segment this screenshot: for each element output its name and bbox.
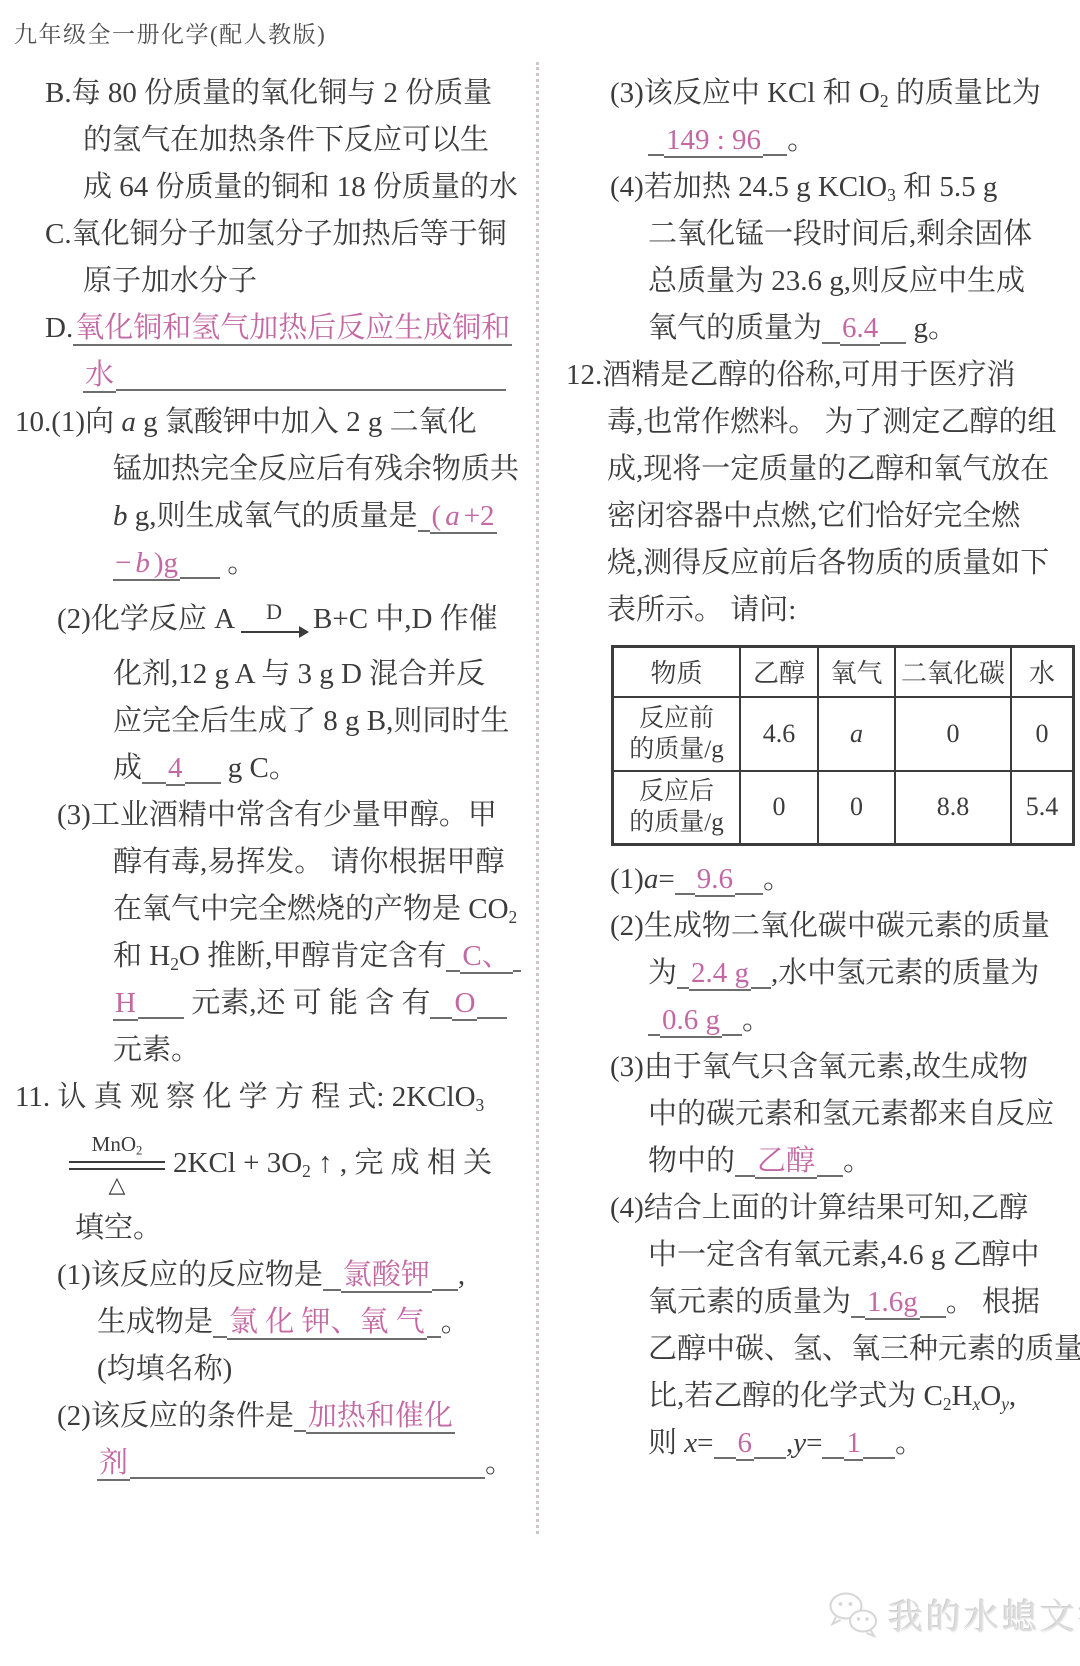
table-cell: 8.8 — [895, 771, 1011, 845]
text-run: 为 — [648, 957, 677, 989]
text-line: 毒,也常作燃料。 为了测定乙醇的组 — [552, 399, 1068, 446]
answer-text: +2 — [462, 500, 497, 534]
text-line: 为2.4 g,水中氢元素的质量为 — [552, 950, 1068, 997]
text-line: 中一定含有氧元素,4.6 g 乙醇中 — [552, 1232, 1068, 1279]
answer-text: b — [133, 547, 152, 581]
subscript: 2 — [880, 91, 889, 111]
table-row-label: 反应后的质量/g — [613, 771, 741, 845]
answer-blank — [138, 1007, 184, 1019]
text-run: (1) — [610, 863, 644, 895]
text-run: = — [658, 863, 674, 895]
answer-blank — [822, 1447, 844, 1459]
text-run: 毒,也常作燃料。 为了测定乙醇的组 — [607, 406, 1057, 438]
table-cell: 0 — [1011, 697, 1074, 771]
text-run: 成 — [113, 752, 142, 784]
answer-text: 乙醇 — [755, 1145, 817, 1179]
table-header-cell: 二氧化碳 — [895, 647, 1011, 697]
table-row: 反应后的质量/g008.85.4 — [613, 771, 1074, 845]
condition-bottom: △ — [109, 1170, 126, 1196]
text-run: (3)该反应中 KCl 和 O — [610, 77, 880, 109]
table-cell: a — [818, 697, 895, 771]
text-line: 原子加水分子 — [15, 258, 521, 305]
text-run: 。 — [763, 863, 792, 895]
text-line: (4)若加热 24.5 g KClO3 和 5.5 g — [552, 164, 1068, 211]
text-line: 成4 g C。 — [15, 745, 521, 792]
table-header-cell: 水 — [1011, 647, 1074, 697]
mass-table: 物质乙醇氧气二氧化碳水 反应前的质量/g4.6a00反应后的质量/g008.85… — [611, 645, 1075, 846]
answer-blank — [863, 1447, 895, 1459]
text-run: 和 H — [113, 940, 170, 972]
text-line: (3)工业酒精中常含有少量甲醇。甲 — [15, 792, 521, 839]
table-cell: 5.4 — [1011, 771, 1074, 845]
answer-blank — [430, 1007, 452, 1019]
answer-blank — [754, 1447, 786, 1459]
text-line: 在氧气中完全燃烧的产物是 CO2 — [15, 886, 521, 933]
text-line: 剂。 — [15, 1440, 521, 1487]
subscript: 2 — [509, 907, 518, 927]
arrow-shaft — [241, 631, 307, 633]
text-line: 149 : 96。 — [552, 117, 1068, 164]
answer-blank — [213, 1326, 227, 1338]
text-line: H 元素,还 可 能 含 有O — [15, 980, 521, 1027]
text-run: g。 — [906, 312, 957, 344]
answer-text: 9.6 — [695, 863, 735, 897]
text-line: 10.(1)向 a g 氯酸钾中加入 2 g 二氧化 — [15, 399, 521, 446]
text-run: (3)工业酒精中常含有少量甲醇。甲 — [57, 799, 497, 831]
answer-text: a — [443, 500, 462, 534]
answer-text: 剂 — [97, 1447, 130, 1481]
text-run: 物中的 — [648, 1145, 735, 1177]
table-cell: 0 — [740, 771, 818, 845]
subscript: y — [1001, 1394, 1009, 1414]
text-line: 总质量为 23.6 g,则反应中生成 — [552, 258, 1068, 305]
answer-text: 1.6g — [865, 1286, 920, 1320]
arrow-label: D — [266, 601, 282, 625]
answer-text: 氧化铜和氢气加热后反应生成铜和 — [73, 312, 512, 346]
text-run: y — [793, 1427, 806, 1459]
text-run: 。 — [485, 1447, 514, 1479]
text-run: (2)生成物二氧化碳中碳元素的质量 — [610, 910, 1050, 942]
text-run: 在氧气中完全燃烧的产物是 CO — [113, 893, 509, 925]
answer-blank — [648, 1024, 660, 1036]
table-cell: 4.6 — [740, 697, 818, 771]
catalyst-arrow: D — [241, 601, 307, 641]
text-run: 的质量比为 — [889, 77, 1041, 109]
answer-text: − — [113, 547, 133, 581]
text-run: b — [113, 500, 128, 532]
text-line: MnO2△2KCl + 3O2 ↑ , 完 成 相 关 — [15, 1121, 521, 1205]
subscript: 2 — [943, 1394, 952, 1414]
right-column-lower: (1)a=9.6。(2)生成物二氧化碳中碳元素的质量为2.4 g,水中氢元素的质… — [552, 856, 1068, 1467]
answer-blank — [446, 960, 460, 972]
answer-blank — [735, 1165, 755, 1177]
text-run: = — [697, 1427, 713, 1459]
answer-text: 6 — [736, 1427, 755, 1461]
answer-blank — [142, 772, 166, 784]
text-line: 的氢气在加热条件下反应可以生 — [15, 117, 521, 164]
answer-text: 1 — [844, 1427, 863, 1461]
answer-blank — [920, 1306, 946, 1318]
left-column: B.每 80 份质量的氧化铜与 2 份质量的氢气在加热条件下反应可以生成 64 … — [15, 70, 521, 1487]
text-run: 。 根据 — [946, 1286, 1040, 1318]
answer-text: ( — [430, 500, 444, 534]
text-run: 元素,还 可 能 含 有 — [184, 987, 431, 1019]
text-run: 10.(1)向 — [15, 406, 121, 438]
text-run: (3)由于氧气只含氧元素,故生成物 — [610, 1051, 1028, 1083]
text-line: 化剂,12 g A 与 3 g D 混合并反 — [15, 651, 521, 698]
table-header-cell: 乙醇 — [740, 647, 818, 697]
text-run: (4)结合上面的计算结果可知,乙醇 — [610, 1192, 1028, 1224]
text-line: 12.酒精是乙醇的俗称,可用于医疗消 — [552, 352, 1068, 399]
answer-text: C、 — [460, 940, 512, 974]
text-line: −b)g 。 — [15, 540, 521, 587]
text-run: 12.酒精是乙醇的俗称,可用于医疗消 — [566, 359, 1016, 391]
answer-text: O — [452, 987, 477, 1021]
page-title: 九年级全一册化学(配人教版) — [14, 16, 326, 49]
mass-table-body: 反应前的质量/g4.6a00反应后的质量/g008.85.4 — [613, 697, 1074, 845]
answer-blank — [677, 977, 689, 989]
text-line: 乙醇中碳、氢、氧三种元素的质量 — [552, 1326, 1068, 1373]
answer-blank — [880, 332, 906, 344]
text-run: 中的碳元素和氢元素都来自反应 — [648, 1098, 1054, 1130]
text-line: (3)该反应中 KCl 和 O2 的质量比为 — [552, 70, 1068, 117]
text-line: 烧,测得反应前后各物质的质量如下 — [552, 540, 1068, 587]
text-run: 二氧化锰一段时间后,剩余固体 — [648, 218, 1032, 250]
subscript: 2 — [170, 954, 179, 974]
text-run: 。 — [895, 1427, 924, 1459]
answer-text: 加热和催化 — [306, 1400, 455, 1434]
text-run: 烧,测得反应前后各物质的质量如下 — [607, 547, 1049, 579]
table-header-row: 物质乙醇氧气二氧化碳水 — [613, 647, 1074, 697]
answer-blank — [427, 1326, 441, 1338]
text-run: a — [644, 863, 659, 895]
workbook-page: { "page": { "header": "九年级全一册化学(配人教版)", … — [0, 0, 1080, 1666]
answer-text: 6.4 — [840, 312, 880, 346]
text-run: 和 5.5 g — [896, 171, 998, 203]
text-run: C.氧化铜分子加氢分子加热后等于铜 — [45, 218, 507, 250]
text-line: 比,若乙醇的化学式为 C2HxOy, — [552, 1373, 1068, 1420]
text-run: D. — [45, 312, 73, 344]
text-line: 氧气的质量为6.4 g。 — [552, 305, 1068, 352]
text-line: b g,则生成氧气的质量是(a+2 — [15, 493, 521, 540]
answer-blank — [817, 1165, 843, 1177]
text-run: H — [952, 1380, 973, 1412]
subscript: 3 — [476, 1095, 485, 1115]
text-line: 11. 认 真 观 察 化 学 方 程 式: 2KClO3 — [15, 1074, 521, 1121]
answer-text: 2.4 g — [689, 957, 751, 991]
answer-text: )g — [152, 547, 180, 581]
answer-text: H — [113, 987, 138, 1021]
text-run: 。 — [220, 547, 256, 579]
text-line: 表所示。 请问: — [552, 587, 1068, 634]
answer-blank — [851, 1306, 865, 1318]
subscript: 2 — [302, 1161, 311, 1181]
text-run: B.每 80 份质量的氧化铜与 2 份质量 — [45, 77, 492, 109]
text-run: 中一定含有氧元素,4.6 g 乙醇中 — [648, 1239, 1040, 1271]
answer-text: 水 — [83, 359, 116, 393]
answer-text: 149 : 96 — [664, 124, 763, 158]
text-line: (1)该反应的反应物是氯酸钾, — [15, 1252, 521, 1299]
text-run: , — [458, 1259, 465, 1291]
text-run: 元素。 — [113, 1034, 200, 1066]
text-run: 表所示。 请问: — [607, 594, 796, 626]
text-run: (均填名称) — [97, 1353, 232, 1385]
text-run: 2KCl + 3O — [173, 1147, 302, 1179]
text-line: 二氧化锰一段时间后,剩余固体 — [552, 211, 1068, 258]
text-run: 氧气的质量为 — [648, 312, 822, 344]
text-line: D.氧化铜和氢气加热后反应生成铜和 — [15, 305, 521, 352]
subscript: 2 — [136, 1144, 142, 1158]
text-line: 水 — [15, 352, 521, 399]
answer-blank — [418, 520, 430, 532]
text-line: (2)化学反应 ADB+C 中,D 作催 — [15, 587, 521, 651]
text-line: (2)该反应的条件是加热和催化 — [15, 1393, 521, 1440]
text-run: 。 — [742, 1004, 771, 1036]
text-line: 中的碳元素和氢元素都来自反应 — [552, 1091, 1068, 1138]
text-run: ,水中氢元素的质量为 — [771, 957, 1039, 989]
text-run: g C。 — [221, 752, 298, 784]
text-run: 应完全后生成了 8 g B,则同时生 — [113, 705, 509, 737]
answer-blank — [513, 960, 521, 972]
text-run: 化剂,12 g A 与 3 g D 混合并反 — [113, 658, 485, 690]
text-line: 应完全后生成了 8 g B,则同时生 — [15, 698, 521, 745]
table-row-label-line: 反应前 — [614, 703, 739, 734]
table-header-cell: 氧气 — [818, 647, 895, 697]
answer-text: 氯 化 钾、氧 气 — [227, 1306, 427, 1340]
text-line: 锰加热完全反应后有残余物质共 — [15, 446, 521, 493]
text-run: 醇有毒,易挥发。 请你根据甲醇 — [113, 846, 505, 878]
answer-blank — [477, 1007, 507, 1019]
text-line: (2)生成物二氧化碳中碳元素的质量 — [552, 903, 1068, 950]
subscript: 3 — [887, 185, 896, 205]
text-run: 密闭容器中点燃,它们恰好完全燃 — [607, 500, 1020, 532]
text-run: 填空。 — [75, 1212, 162, 1244]
text-run: ↑ , 完 成 相 关 — [311, 1147, 492, 1179]
watermark-text: 我的水螅文字 — [888, 1590, 1080, 1640]
answer-text: 0.6 g — [660, 1004, 722, 1038]
table-row: 反应前的质量/g4.6a00 — [613, 697, 1074, 771]
text-line: (3)由于氧气只含氧元素,故生成物 — [552, 1044, 1068, 1091]
text-run: 比,若乙醇的化学式为 C — [648, 1380, 943, 1412]
text-run: 11. 认 真 观 察 化 学 方 程 式: 2KClO — [15, 1081, 476, 1113]
text-run: 原子加水分子 — [83, 265, 257, 297]
answer-blank — [822, 332, 840, 344]
text-run: x — [684, 1427, 697, 1459]
text-run: = — [806, 1427, 822, 1459]
answer-blank — [185, 772, 221, 784]
text-line: 则 x=6,y=1。 — [552, 1420, 1068, 1467]
table-cell: 0 — [818, 771, 895, 845]
text-run: (2)化学反应 A — [57, 603, 235, 635]
right-column-upper: (3)该反应中 KCl 和 O2 的质量比为149 : 96。(4)若加热 24… — [552, 70, 1068, 634]
text-run: (2)该反应的条件是 — [57, 1400, 294, 1432]
text-run: 。 — [441, 1306, 470, 1338]
text-line: 氧元素的质量为1.6g。 根据 — [552, 1279, 1068, 1326]
text-line: 醇有毒,易挥发。 请你根据甲醇 — [15, 839, 521, 886]
table-cell: 0 — [895, 697, 1011, 771]
text-run: 成,现将一定质量的乙醇和氧气放在 — [607, 453, 1049, 485]
answer-blank — [130, 1467, 485, 1479]
text-line: C.氧化铜分子加氢分子加热后等于铜 — [15, 211, 521, 258]
text-run: 的氢气在加热条件下反应可以生 — [83, 124, 489, 156]
text-run: 。 — [787, 124, 816, 156]
text-run: 则 — [648, 1427, 684, 1459]
text-run: a — [121, 406, 136, 438]
answer-text: 4 — [166, 752, 185, 786]
text-line: 成,现将一定质量的乙醇和氧气放在 — [552, 446, 1068, 493]
text-run: 生成物是 — [97, 1306, 213, 1338]
table-row-label-line: 反应后 — [614, 776, 739, 807]
table-row-label: 反应前的质量/g — [613, 697, 741, 771]
text-line: 和 H2O 推断,甲醇肯定含有C、 — [15, 933, 521, 980]
text-run: (1)该反应的反应物是 — [57, 1259, 323, 1291]
text-run: 总质量为 23.6 g,则反应中生成 — [648, 265, 1025, 297]
answer-blank — [714, 1447, 736, 1459]
text-run: 成 64 份质量的铜和 18 份质量的水 — [83, 171, 518, 203]
text-run: g,则生成氧气的质量是 — [128, 500, 418, 532]
text-run: O — [980, 1380, 1001, 1412]
text-run: , — [1009, 1380, 1016, 1412]
answer-blank — [294, 1420, 306, 1432]
table-header-cell: 物质 — [613, 647, 741, 697]
text-line: 填空。 — [15, 1205, 521, 1252]
answer-blank — [763, 144, 787, 156]
answer-blank — [722, 1024, 742, 1036]
watermark: 我的水螅文字 — [826, 1590, 1080, 1640]
text-line: (1)a=9.6。 — [552, 856, 1068, 903]
text-run: 乙醇中碳、氢、氧三种元素的质量 — [648, 1333, 1080, 1365]
answer-blank — [180, 567, 220, 579]
text-line: 0.6 g。 — [552, 997, 1068, 1044]
equals-bar — [69, 1161, 165, 1170]
text-line: (均填名称) — [15, 1346, 521, 1393]
answer-blank — [323, 1279, 341, 1291]
text-line: 元素。 — [15, 1027, 521, 1074]
text-line: 密闭容器中点燃,它们恰好完全燃 — [552, 493, 1068, 540]
reaction-condition: MnO2△ — [69, 1134, 165, 1196]
answer-blank — [735, 883, 763, 895]
variable-value: a — [850, 719, 863, 748]
answer-blank — [675, 883, 695, 895]
answer-blank — [432, 1279, 458, 1291]
text-run: O 推断,甲醇肯定含有 — [179, 940, 446, 972]
column-divider — [536, 62, 539, 1534]
text-run: 锰加热完全反应后有残余物质共 — [113, 453, 519, 485]
text-line: 生成物是氯 化 钾、氧 气。 — [15, 1299, 521, 1346]
text-run: B+C 中,D 作催 — [313, 603, 498, 635]
text-run: g 氯酸钾中加入 2 g 二氧化 — [136, 406, 477, 438]
answer-blank — [751, 977, 771, 989]
text-line: (4)结合上面的计算结果可知,乙醇 — [552, 1185, 1068, 1232]
condition-top: MnO2 — [92, 1134, 143, 1161]
text-run: 氧元素的质量为 — [648, 1286, 851, 1318]
text-run: 。 — [843, 1145, 872, 1177]
table-row-label-line: 的质量/g — [614, 807, 739, 838]
text-line: 物中的乙醇。 — [552, 1138, 1068, 1185]
answer-blank — [648, 144, 664, 156]
text-run: (4)若加热 24.5 g KClO — [610, 171, 887, 203]
table-row-label-line: 的质量/g — [614, 734, 739, 765]
wechat-icon — [826, 1591, 880, 1639]
answer-blank — [116, 379, 506, 391]
mass-table-head: 物质乙醇氧气二氧化碳水 — [613, 647, 1074, 697]
text-line: B.每 80 份质量的氧化铜与 2 份质量 — [15, 70, 521, 117]
answer-text: 氯酸钾 — [341, 1259, 432, 1293]
text-line: 成 64 份质量的铜和 18 份质量的水 — [15, 164, 521, 211]
